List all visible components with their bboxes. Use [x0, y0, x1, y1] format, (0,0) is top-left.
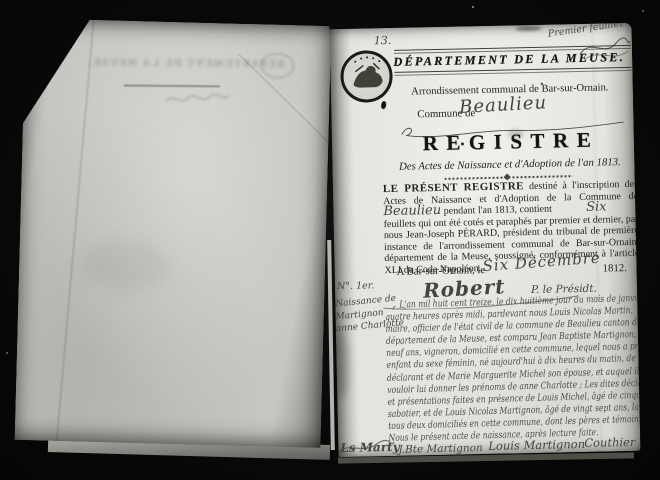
signature: Louis Martignon: [488, 437, 585, 453]
showthrough-rule: [124, 85, 220, 87]
commune-name-handwritten: Beaulieu: [459, 92, 548, 118]
dust-speck: [642, 10, 644, 12]
paper-stain: [334, 329, 349, 399]
paper-stain: [78, 240, 169, 292]
act-number-margin: N°. 1er.: [337, 280, 375, 292]
stamp-emblem: [343, 53, 390, 100]
dust-speck: [472, 6, 474, 8]
paper-stain: [516, 26, 542, 32]
ink-dot: [541, 83, 543, 85]
birth-act-body: L'an mil huit cent treize, le dix huitiè…: [385, 293, 641, 445]
dust-speck: [6, 352, 8, 354]
date-year: 1812.: [602, 262, 627, 275]
recto-page: 13. Premier feuillet DÉPARTEMENT DE LA M…: [330, 23, 641, 457]
ink-dot: [461, 142, 464, 145]
register-subtitle: Des Actes de Naissance et d'Adoption de …: [372, 156, 640, 174]
signature: Ls Marty: [340, 440, 400, 455]
scanned-register-photo: { "document": { "folio_number": "13.", "…: [0, 0, 660, 480]
signature: Couthier: [584, 435, 635, 450]
signature: J.Bte Martignon: [398, 442, 483, 456]
ink-drip: [381, 101, 387, 110]
page-crease: [55, 14, 95, 451]
verso-page: DÉPARTEMENT DE LA MEUSE.: [15, 18, 332, 448]
folio-number: 13.: [374, 34, 392, 47]
ornament-rule: [445, 175, 573, 179]
showthrough-script-mark: [161, 88, 232, 112]
showthrough-stamp-ring: [260, 52, 295, 79]
